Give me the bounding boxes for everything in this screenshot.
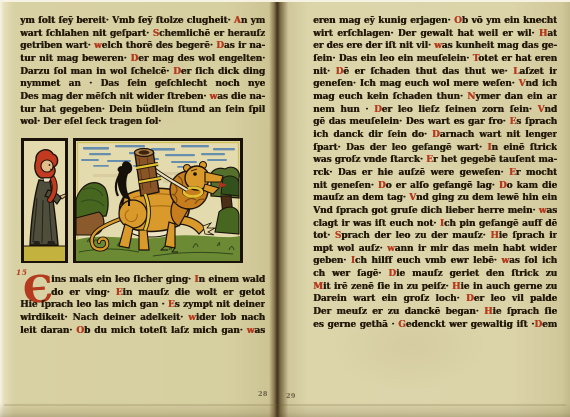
text-line: wart ſchlahen nit geſpart· Schemlichē er… [20,28,265,41]
text-line: tot· Sprach der leo zu der mauſz· Hie ſp… [313,230,557,243]
left-page-text-top: ym ſolt ſeȳ bereit· Vmb ſeȳ ſtolze clugh… [20,15,265,129]
text-line: ch wer ſagē· Die mauſz geriet den ſtrick… [313,268,557,281]
text-line: geben· Ich hilff euch vmb ewr lebē· was … [313,255,557,268]
folio-number-right: 29 [286,392,296,400]
text-line: nit· Dē er ſchaden thut das thut we· Laſ… [313,66,557,79]
text-line: mauſz an dem tag· Vnd ging zu dem lewē h… [313,192,557,205]
text-line: eren mag eȳ kunig erjagen· Ob vō ym ein … [313,15,557,28]
text-line: leit daran· Ob du mich toteſt laſz mich … [20,325,265,338]
text-line: ſein· Das ein leo ein meuſelein· Totet e… [313,53,557,66]
text-line: Hie ſprach leo las mich gan · Es zympt n… [20,299,265,312]
text-line: wol· Der eſel ſeck tragen ſol· [20,116,265,129]
text-line: rck· Das er hie auſzē were geweſen· Er m… [313,167,557,180]
text-line: Vnd ſprach got gruſe dich lieber herre m… [313,205,557,218]
folio-number-left: 28 [258,390,268,398]
face [41,160,53,172]
page-top-edge [0,0,570,2]
woodcut-lion-scene [75,140,242,262]
text-line: getriben wart· welch thorē des begerē· D… [20,40,265,53]
text-line: wirt erſchlagen· Der gewalt hat weil er … [313,28,557,41]
text-line: gē das meuſelein· Des wart es gar fro· E… [313,116,557,129]
left-page-text-bottom: ins mals ein leo ſicher ging· In einem w… [20,274,265,337]
hind-leg [139,230,149,250]
text-line: mag euch kein ſchaden thun· Nymer dan ei… [313,91,557,104]
text-line: clagt ir was iſt euch not· Ich pin gefan… [313,218,557,231]
woodcut-illustration [21,138,243,264]
text-line: Mit irē zenē ſie in zu peiſz· Hie in auc… [313,281,557,294]
text-line: es gerne gethā · Gedenckt wer gewaltig i… [313,319,557,332]
text-line: geneſen· Ich mag euch wol mere weſen· Vn… [313,78,557,91]
text-line: nit geneſen· Do er alſo gefangē lag· Do … [313,180,557,193]
text-line: ins mals ein leo ſicher ging· In einem w… [20,274,265,287]
text-line: ſpart· Das der leo gefangē wart· In einē… [313,142,557,155]
text-line: nem hun · Der leo lieſz ſeinen zorn ſein… [313,104,557,117]
page-bottom-fold [4,404,566,406]
text-line: Des mag der mēſch nit wider ſtreben· was… [20,91,265,104]
text-line: tur nit mag beweren· Der mag des wol eng… [20,53,265,66]
text-line: ich danck dir ſein do· Darnach wart nit … [313,129,557,142]
text-line: do er ving· Ein mauſz die wolt er getot … [20,287,265,300]
text-line: wirdikeit· Nach deiner adelkeit· wider l… [20,312,265,325]
text-line: Der meuſz er zu danckē began· Hie ſprach… [313,306,557,319]
book-spread-photo: ym ſolt ſeȳ bereit· Vmb ſeȳ ſtolze clugh… [0,0,570,417]
text-line: Darein wart ein groſz loch· Der leo vil … [313,293,557,306]
text-line: nymmet an · Das ſein geſchlecht noch nye… [20,78,265,91]
text-line: was groſz vnde ſtarck· Er het gegebē tau… [313,154,557,167]
ground-strip [24,246,65,261]
woodcut-man-panel [23,140,67,262]
text-line: ym ſolt ſeȳ bereit· Vmb ſeȳ ſtolze clugh… [20,15,265,28]
eye [193,172,197,176]
right-page-text: eren mag eȳ kunig erjagen· Ob vō ym ein … [313,15,557,331]
text-line: mpt wol auſz· wann ir mir das mein habt … [313,243,557,256]
text-line: Darzu ſol man in wol ſchelcē· Der ſich d… [20,66,265,79]
text-line: er des ere der iſt nit vil· was kunheit … [313,40,557,53]
text-line: tur hat gegeben· Dein büdlein ſtund an ſ… [20,104,265,117]
